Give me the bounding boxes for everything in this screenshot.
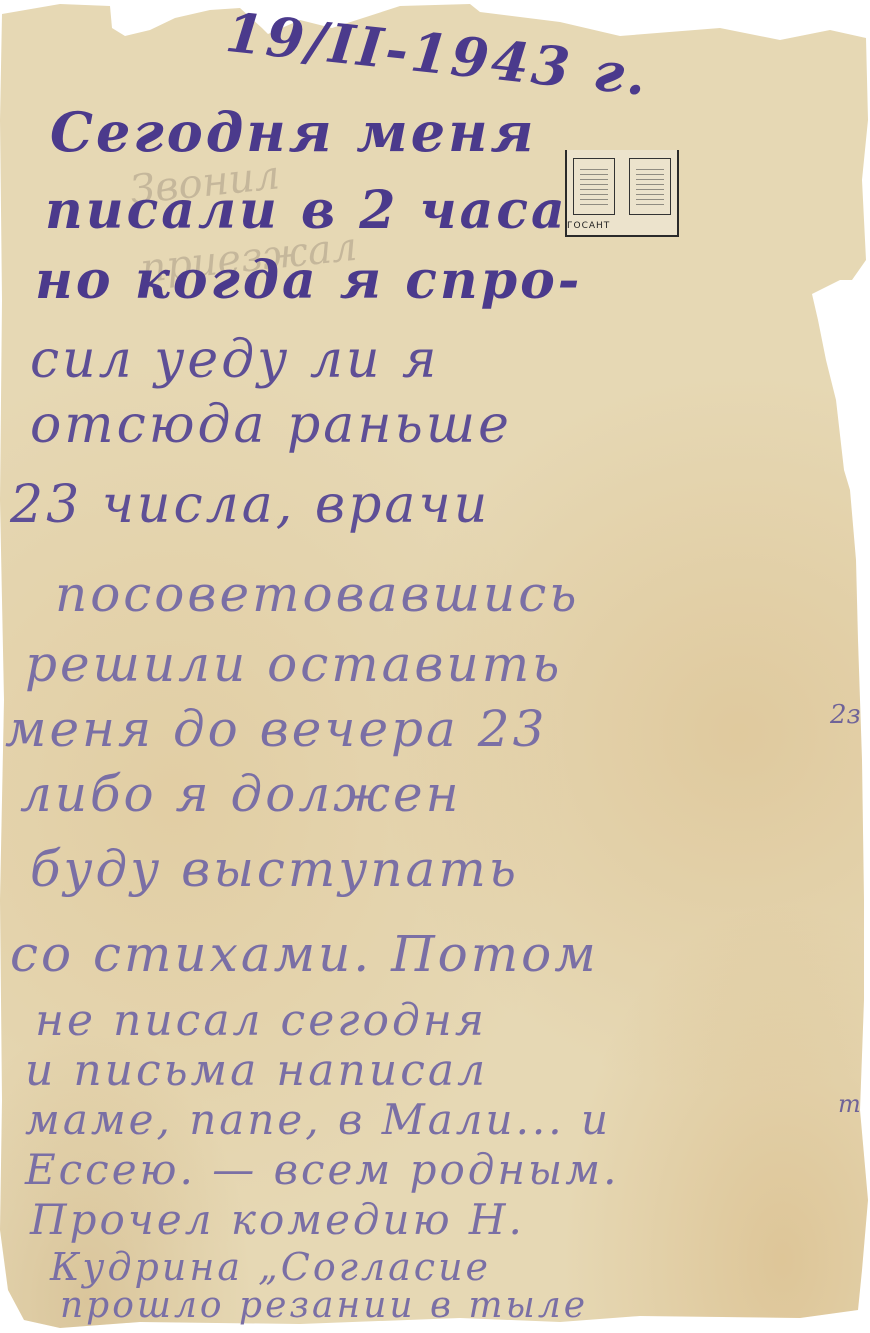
stamp-label: ГОСАНТ — [567, 221, 610, 231]
letter-line: писали в 2 часа — [45, 180, 568, 241]
letter-line: отсюда раньше — [30, 395, 512, 455]
publisher-stamp: ГОСАНТ — [565, 150, 679, 237]
margin-note: т — [838, 1090, 861, 1118]
letter-line: и письма написал — [25, 1045, 488, 1096]
letter-line: Сегодня меня — [50, 100, 536, 164]
letter-line: Кудрина „Согласие — [50, 1245, 491, 1289]
margin-note: 2з — [830, 700, 861, 730]
letter-line: Прочел комедию Н. — [30, 1195, 525, 1244]
letter-line: со стихами. Потом — [10, 925, 599, 983]
letter-line: сил уеду ли я — [30, 330, 439, 390]
letter-line: но когда я спро- — [35, 250, 582, 311]
letter-line: прошло резании в тыле — [60, 1285, 588, 1326]
letter-line: меня до вечера 23 — [5, 700, 547, 758]
letter-line: либо я должен — [20, 765, 462, 823]
letter-line: посоветовавшись — [55, 565, 579, 623]
open-book-icon — [573, 158, 615, 215]
right-tear — [818, 284, 870, 324]
letter-line: маме, папе, в Мали... и — [25, 1095, 611, 1144]
letter-line: не писал сегодня — [35, 995, 487, 1046]
letter-line: 23 числа, врачи — [10, 475, 490, 535]
top-tear — [112, 0, 142, 32]
letter-line: буду выступать — [30, 840, 519, 898]
letter-line: решили оставить — [25, 635, 562, 693]
letter-line: Ессею. — всем родным. — [25, 1145, 619, 1194]
